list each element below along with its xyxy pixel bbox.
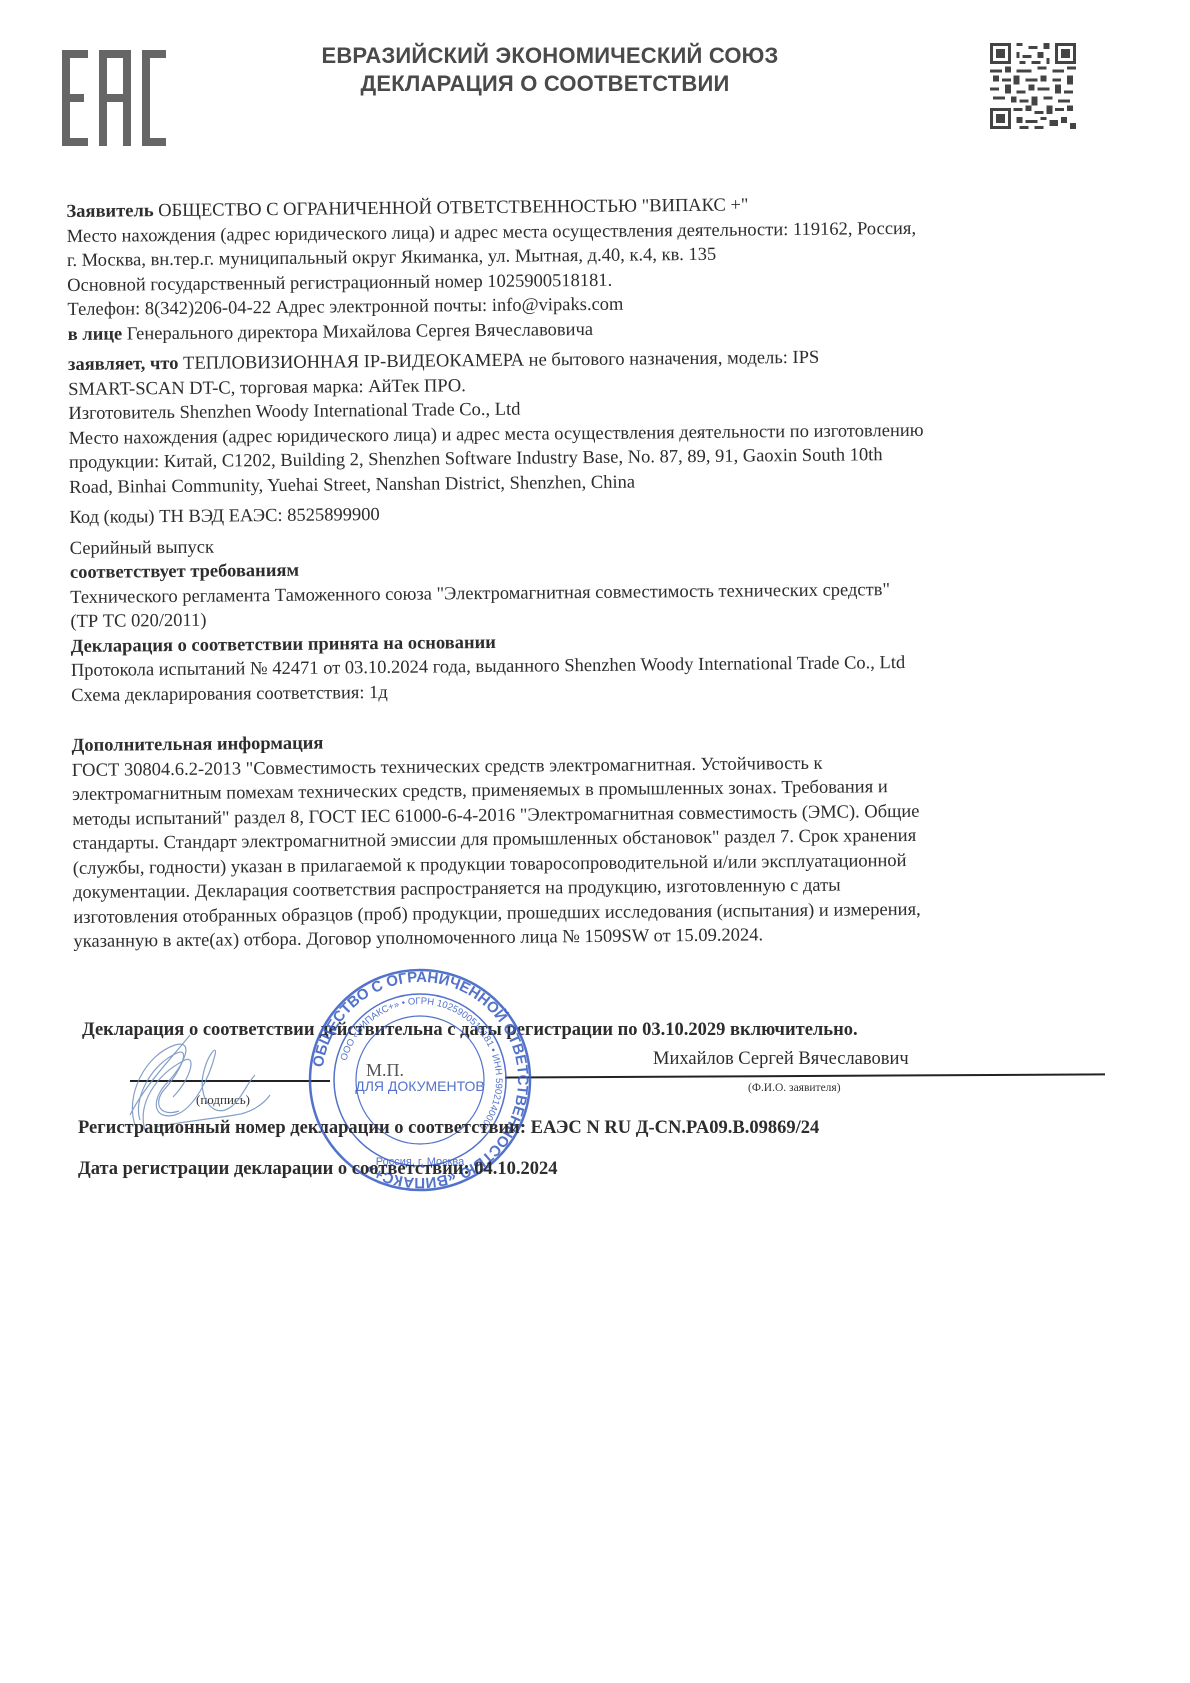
fio-line [505, 1073, 1105, 1078]
person-label: в лице [68, 324, 123, 345]
declaration-page: ЕВРАЗИЙСКИЙ ЭКОНОМИЧЕСКИЙ СОЮЗ ДЕКЛАРАЦИ… [0, 0, 1190, 1683]
page-title: ЕВРАЗИЙСКИЙ ЭКОНОМИЧЕСКИЙ СОЮЗ ДЕКЛАРАЦИ… [250, 42, 850, 98]
person-name: Генерального директора Михайлова Сергея … [127, 319, 593, 343]
signer-name: Михайлов Сергей Вячеславович [653, 1049, 909, 1070]
registration-date: Дата регистрации декларации о соответств… [78, 1159, 558, 1180]
title-line-union: ЕВРАЗИЙСКИЙ ЭКОНОМИЧЕСКИЙ СОЮЗ [250, 42, 850, 70]
declaration-body: Заявитель ОБЩЕСТВО С ОГРАНИЧЕННОЙ ОТВЕТС… [66, 190, 1113, 954]
title-line-declaration: ДЕКЛАРАЦИЯ О СООТВЕТСТВИИ [240, 70, 850, 98]
registration-number: Регистрационный номер декларации о соотв… [78, 1118, 819, 1139]
applicant-label: Заявитель [66, 201, 153, 222]
stamp-center-text: ДЛЯ ДОКУМЕНТОВ [355, 1078, 485, 1094]
declares-label: заявляет, что [68, 354, 179, 375]
fio-caption: (Ф.И.О. заявителя) [748, 1082, 841, 1094]
product-name: ТЕПЛОВИЗИОННАЯ IP-ВИДЕОКАМЕРА не бытовог… [183, 348, 819, 374]
eac-logo-icon [62, 50, 166, 146]
applicant-name: ОБЩЕСТВО С ОГРАНИЧЕННОЙ ОТВЕТСТВЕННОСТЬЮ… [158, 195, 748, 221]
qr-code-icon[interactable] [990, 40, 1076, 132]
